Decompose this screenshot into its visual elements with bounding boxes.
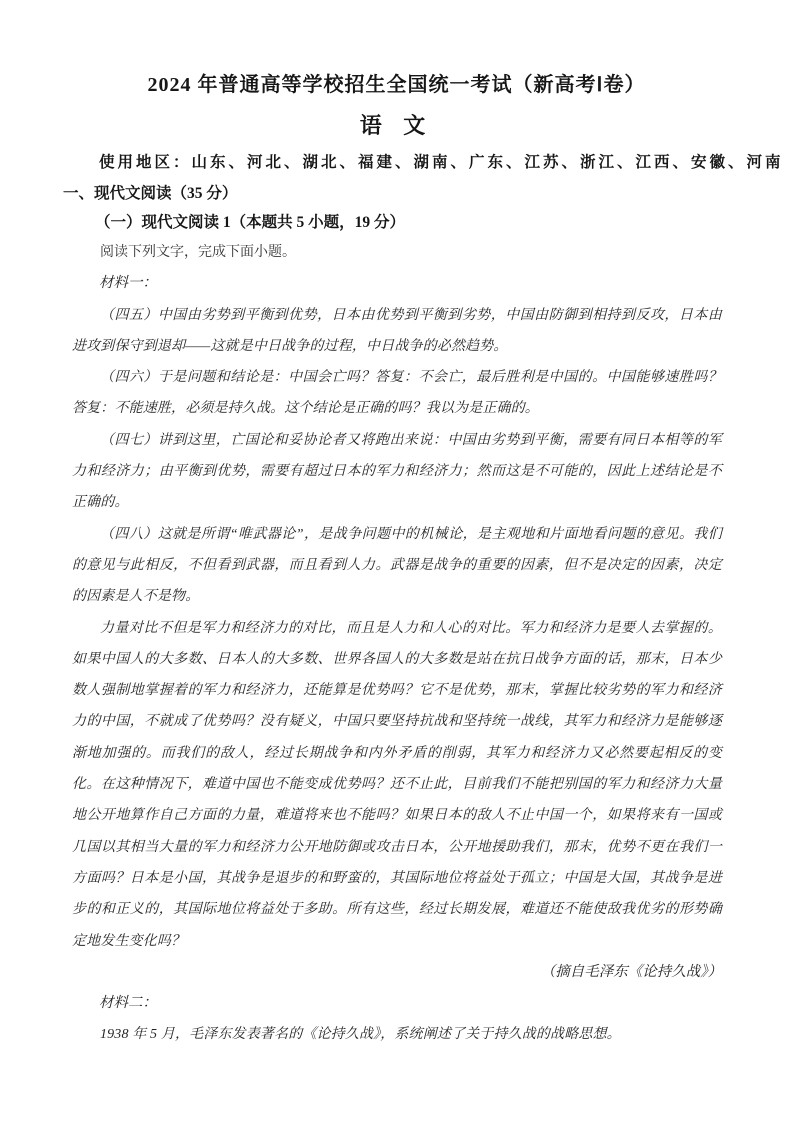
subject-title: 语 文 [0,106,793,146]
reading-instruction: 阅读下列文字，完成下面小题。 [0,237,793,268]
material-one-paragraph-1: （四五）中国由劣势到平衡到优势，日本由优势到平衡到劣势，中国由防御到相持到反攻，… [72,300,722,363]
exam-title: 2024 年普通高等学校招生全国统一考试（新高考Ⅰ卷） [0,64,793,106]
applicable-regions-line: 使用地区：山东、河北、湖北、福建、湖南、广东、江苏、浙江、江西、安徽、河南 [0,146,793,179]
exam-paper-page: 2024 年普通高等学校招生全国统一考试（新高考Ⅰ卷） 语 文 使用地区：山东、… [0,0,793,1122]
section-heading-modern-reading: 一、现代文阅读（35 分） [0,179,793,208]
material-one-label: 材料一： [0,268,793,299]
material-one-paragraph-2: （四六）于是问题和结论是：中国会亡吗？答复：不会亡，最后胜利是中国的。中国能够速… [72,362,722,425]
material-one-paragraph-5: 力量对比不但是军力和经济力的对比，而且是人力和人心的对比。军力和经济力是要人去掌… [72,613,722,957]
material-one-attribution: （摘自毛泽东《论持久战》） [72,957,722,988]
subsection-heading-reading-1: （一）现代文阅读 1（本题共 5 小题，19 分） [0,208,793,237]
material-one-paragraph-3: （四七）讲到这里，亡国论和妥协论者又将跑出来说：中国由劣势到平衡，需要有同日本相… [72,425,722,519]
material-two-label: 材料二： [0,988,793,1019]
material-two-paragraph-1: 1938 年 5 月，毛泽东发表著名的《论持久战》，系统阐述了关于持久战的战略思… [72,1019,722,1050]
material-two: 材料二： 1938 年 5 月，毛泽东发表著名的《论持久战》，系统阐述了关于持久… [0,988,793,1051]
material-one-paragraph-4: （四八）这就是所谓“唯武器论”，是战争问题中的机械论，是主观地和片面地看问题的意… [72,519,722,613]
material-one: 材料一： （四五）中国由劣势到平衡到优势，日本由优势到平衡到劣势，中国由防御到相… [0,268,793,988]
